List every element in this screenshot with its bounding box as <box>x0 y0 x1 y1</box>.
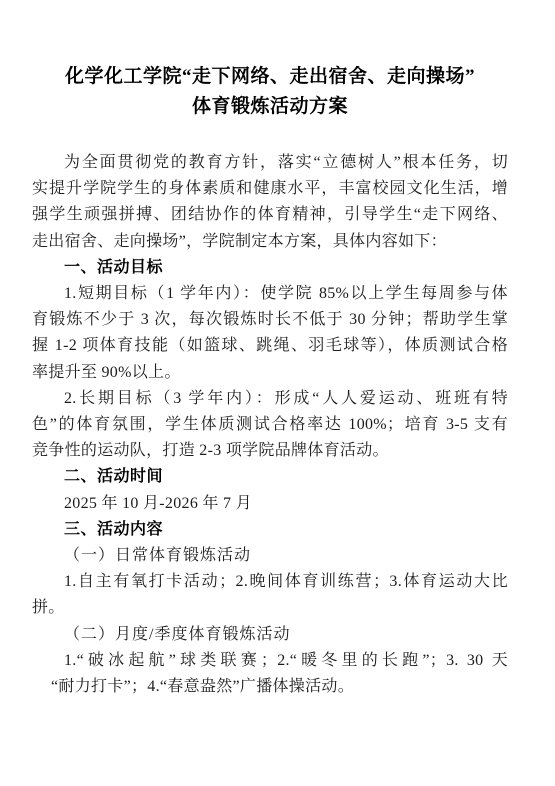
text-line: 拼。 <box>32 595 508 621</box>
text-line: 1.“破冰起航”球类联赛；2.“暖冬里的长跑”；3. 30 天 <box>32 648 508 674</box>
text-line: 色”的体育氛围，学生体质测试合格率达 100%；培育 3-5 支有 <box>32 412 508 438</box>
document-title: 化学化工学院“走下网络、走出宿舍、走向操场” 体育锻炼活动方案 <box>32 62 508 122</box>
text-line: 三、活动内容 <box>32 517 508 543</box>
text-line: （一）日常体育锻炼活动 <box>32 543 508 569</box>
text-line: 育锻炼不少于 3 次，每次锻炼时长不低于 30 分钟；帮助学生掌 <box>32 307 508 333</box>
document-body: 为全面贯彻党的教育方针，落实“立德树人”根本任务，切实提升学院学生的身体素质和健… <box>32 150 508 700</box>
text-line: 二、活动时间 <box>32 464 508 490</box>
text-line: 一、活动目标 <box>32 255 508 281</box>
document-page: 化学化工学院“走下网络、走出宿舍、走向操场” 体育锻炼活动方案 为全面贯彻党的教… <box>0 0 555 786</box>
text-line: 握 1-2 项体育技能（如篮球、跳绳、羽毛球等），体质测试合格 <box>32 333 508 359</box>
document-title-line-2: 体育锻炼活动方案 <box>32 92 508 122</box>
text-line: 竞争性的运动队，打造 2-3 项学院品牌体育活动。 <box>32 438 508 464</box>
text-line: 为全面贯彻党的教育方针，落实“立德树人”根本任务，切 <box>32 150 508 176</box>
text-line: 2025 年 10 月-2026 年 7 月 <box>32 491 508 517</box>
text-line: 1.自主有氧打卡活动；2.晚间体育训练营；3.体育运动大比 <box>32 569 508 595</box>
text-line: 2.长期目标（3 学年内）：形成“人人爱运动、班班有特 <box>32 386 508 412</box>
text-line: “耐力打卡”；4.“春意盎然”广播体操活动。 <box>32 674 508 700</box>
text-line: 1.短期目标（1 学年内）：使学院 85%以上学生每周参与体 <box>32 281 508 307</box>
text-line: 率提升至 90%以上。 <box>32 360 508 386</box>
text-line: 实提升学院学生的身体素质和健康水平，丰富校园文化生活，增 <box>32 176 508 202</box>
text-line: 走出宿舍、走向操场”，学院制定本方案，具体内容如下： <box>32 229 508 255</box>
text-line: （二）月度/季度体育锻炼活动 <box>32 622 508 648</box>
text-line: 强学生顽强拼搏、团结协作的体育精神，引导学生“走下网络、 <box>32 202 508 228</box>
document-title-line-1: 化学化工学院“走下网络、走出宿舍、走向操场” <box>32 62 508 92</box>
